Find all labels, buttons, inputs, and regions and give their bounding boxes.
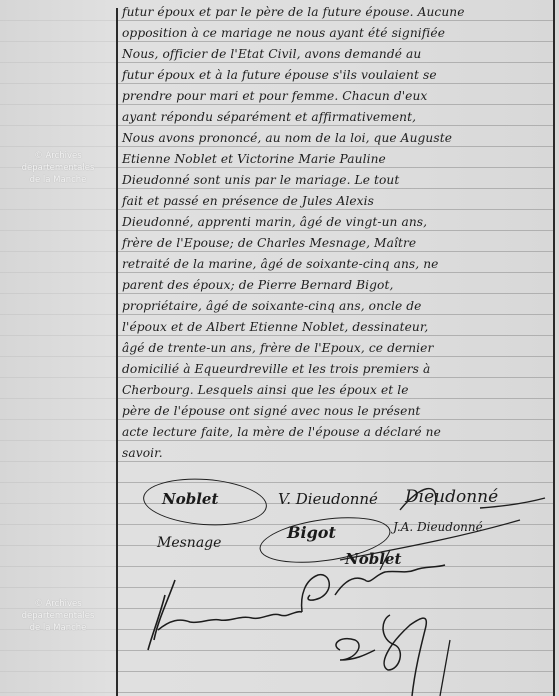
text-line: l'époux et de Albert Etienne Noblet, des… [122,317,428,338]
watermark-line: départementales [6,610,110,622]
text-line: futur époux et à la future épouse s'ils … [122,65,437,86]
text-line: savoir. [122,443,163,464]
watermark-line: de la Manche [6,174,110,186]
archive-watermark-bottom: © Archives départementales de la Manche [6,598,110,634]
signature-initials [320,600,480,696]
text-line: âgé de trente-un ans, frère de l'Epoux, … [122,338,433,359]
watermark-line: © Archives [6,598,110,610]
text-line: domicilié à Equeurdreville et les trois … [122,359,430,380]
signature-v-dieudonne: V. Dieudonné [278,490,378,508]
archive-watermark-top: © Archives départementales de la Manche [6,150,110,186]
text-line: ayant répondu séparément et affirmativem… [122,107,416,128]
text-line: retraité de la marine, âgé de soixante-c… [122,254,438,275]
text-line: opposition à ce mariage ne nous ayant ét… [122,23,445,44]
text-line: prendre pour mari et pour femme. Chacun … [122,86,427,107]
watermark-line: départementales [6,162,110,174]
text-line: parent des époux; de Pierre Bernard Bigo… [122,275,393,296]
watermark-line: de la Manche [6,622,110,634]
text-line: acte lecture faite, la mère de l'épouse … [122,422,441,443]
text-line: fait et passé en présence de Jules Alexi… [122,191,374,212]
text-line: frère de l'Epouse; de Charles Mesnage, M… [122,233,416,254]
text-line: Nous, officier de l'Etat Civil, avons de… [122,44,421,65]
text-line: Dieudonné, apprenti marin, âgé de vingt-… [122,212,427,233]
page-margin [0,0,116,696]
text-line: Dieudonné sont unis par le mariage. Le t… [122,170,399,191]
signature-noblet: Noblet [162,490,218,508]
text-line: père de l'épouse ont signé avec nous le … [122,401,420,422]
text-line: futur époux et par le père de la future … [122,2,465,23]
right-margin-rule [553,0,555,696]
watermark-line: © Archives [6,150,110,162]
left-margin-rule [116,8,118,696]
signature-bigot: Bigot [287,523,336,542]
text-line: Etienne Noblet et Victorine Marie Paulin… [122,149,386,170]
register-page: © Archives départementales de la Manche … [0,0,559,696]
text-line: Cherbourg. Lesquels ainsi que les époux … [122,380,409,401]
text-line: propriétaire, âgé de soixante-cinq ans, … [122,296,421,317]
signature-mesnage: Mesnage [157,535,221,551]
text-line: Nous avons prononcé, au nom de la loi, q… [122,128,452,149]
